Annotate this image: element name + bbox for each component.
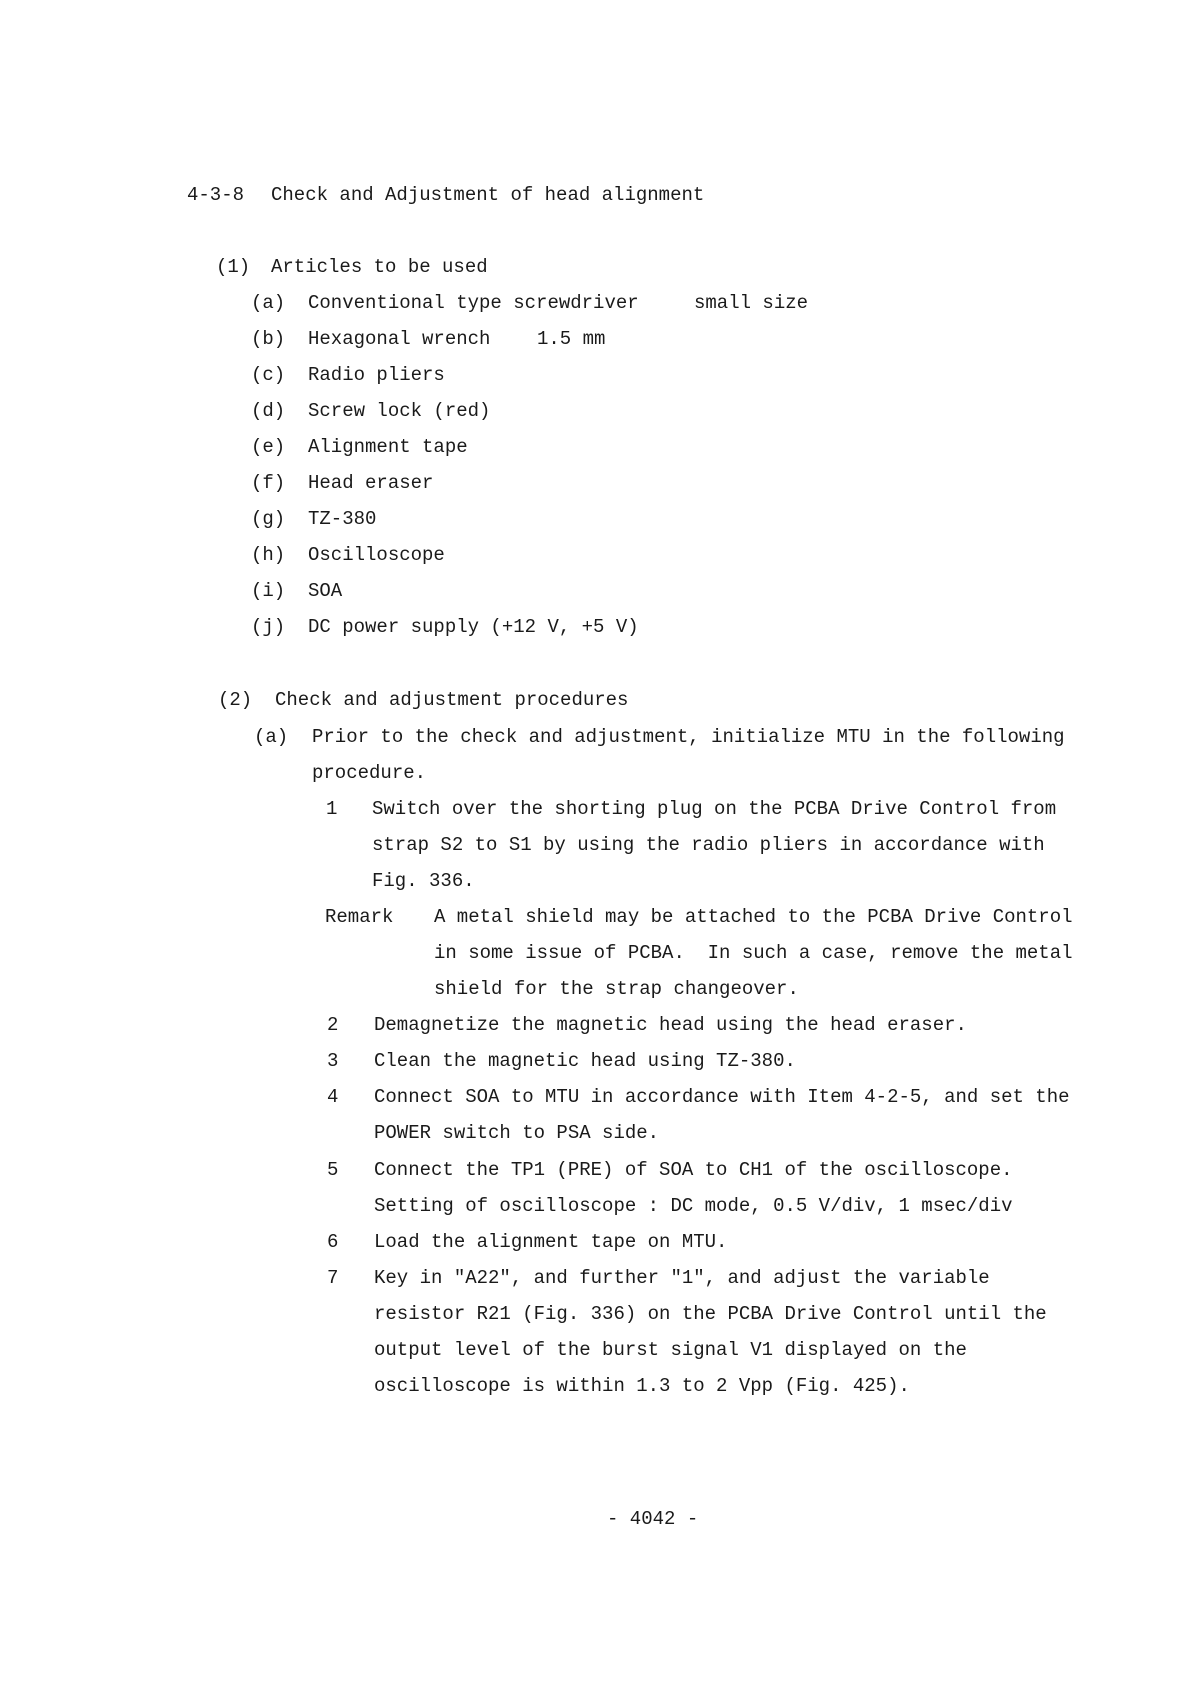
- item-text: Oscilloscope: [308, 546, 445, 565]
- item-key: (g): [251, 510, 285, 529]
- step-a-line: procedure.: [312, 764, 426, 783]
- item-key: (b): [251, 330, 285, 349]
- step-text: Key in "A22", and further "1", and adjus…: [374, 1269, 990, 1288]
- item-text: Screw lock (red): [308, 402, 490, 421]
- remark-text: shield for the strap changeover.: [434, 980, 799, 999]
- step-number: 7: [327, 1269, 338, 1288]
- remark-text: in some issue of PCBA. In such a case, r…: [434, 944, 1073, 963]
- item-text: Conventional type screwdriver: [308, 294, 639, 313]
- step-number: 5: [327, 1161, 338, 1180]
- item-key: (h): [251, 546, 285, 565]
- step-text: Demagnetize the magnetic head using the …: [374, 1016, 967, 1035]
- step-text: Fig. 336.: [372, 872, 475, 891]
- articles-title: Articles to be used: [271, 258, 488, 277]
- item-text: TZ-380: [308, 510, 376, 529]
- step-text: strap S2 to S1 by using the radio pliers…: [372, 836, 1045, 855]
- step-number: 6: [327, 1233, 338, 1252]
- section-title: Check and Adjustment of head alignment: [271, 186, 704, 205]
- step-text: Clean the magnetic head using TZ-380.: [374, 1052, 796, 1071]
- step-text: Connect SOA to MTU in accordance with It…: [374, 1088, 1070, 1107]
- item-text: Hexagonal wrench: [308, 330, 490, 349]
- item-text: Head eraser: [308, 474, 433, 493]
- step-number: 3: [327, 1052, 338, 1071]
- step-text: Setting of oscilloscope : DC mode, 0.5 V…: [374, 1197, 1013, 1216]
- item-text: DC power supply (+12 V, +5 V): [308, 618, 639, 637]
- remark-text: A metal shield may be attached to the PC…: [434, 908, 1073, 927]
- remark-label: Remark: [325, 908, 393, 927]
- item-key: (c): [251, 366, 285, 385]
- item-key: (d): [251, 402, 285, 421]
- item-key: (i): [251, 582, 285, 601]
- step-text: Load the alignment tape on MTU.: [374, 1233, 727, 1252]
- item-text: SOA: [308, 582, 342, 601]
- item-key: (a): [251, 294, 285, 313]
- step-number: 1: [326, 800, 337, 819]
- step-number: 4: [327, 1088, 338, 1107]
- item-key: (e): [251, 438, 285, 457]
- page-number: - 4042 -: [607, 1510, 698, 1529]
- step-text: Connect the TP1 (PRE) of SOA to CH1 of t…: [374, 1161, 1013, 1180]
- item-text: Radio pliers: [308, 366, 445, 385]
- step-text: Switch over the shorting plug on the PCB…: [372, 800, 1056, 819]
- item-extra: small size: [694, 294, 808, 313]
- procedures-label: (2): [218, 691, 252, 710]
- item-key: (f): [251, 474, 285, 493]
- step-text: oscilloscope is within 1.3 to 2 Vpp (Fig…: [374, 1377, 910, 1396]
- section-number: 4-3-8: [187, 186, 244, 205]
- item-extra: 1.5 mm: [537, 330, 605, 349]
- step-text: resistor R21 (Fig. 336) on the PCBA Driv…: [374, 1305, 1047, 1324]
- item-key: (j): [251, 618, 285, 637]
- step-a-key: (a): [254, 728, 288, 747]
- step-text: output level of the burst signal V1 disp…: [374, 1341, 967, 1360]
- step-a-line: Prior to the check and adjustment, initi…: [312, 728, 1112, 747]
- item-text: Alignment tape: [308, 438, 468, 457]
- step-number: 2: [327, 1016, 338, 1035]
- step-text: POWER switch to PSA side.: [374, 1124, 659, 1143]
- procedures-title: Check and adjustment procedures: [275, 691, 628, 710]
- articles-label: (1): [216, 258, 250, 277]
